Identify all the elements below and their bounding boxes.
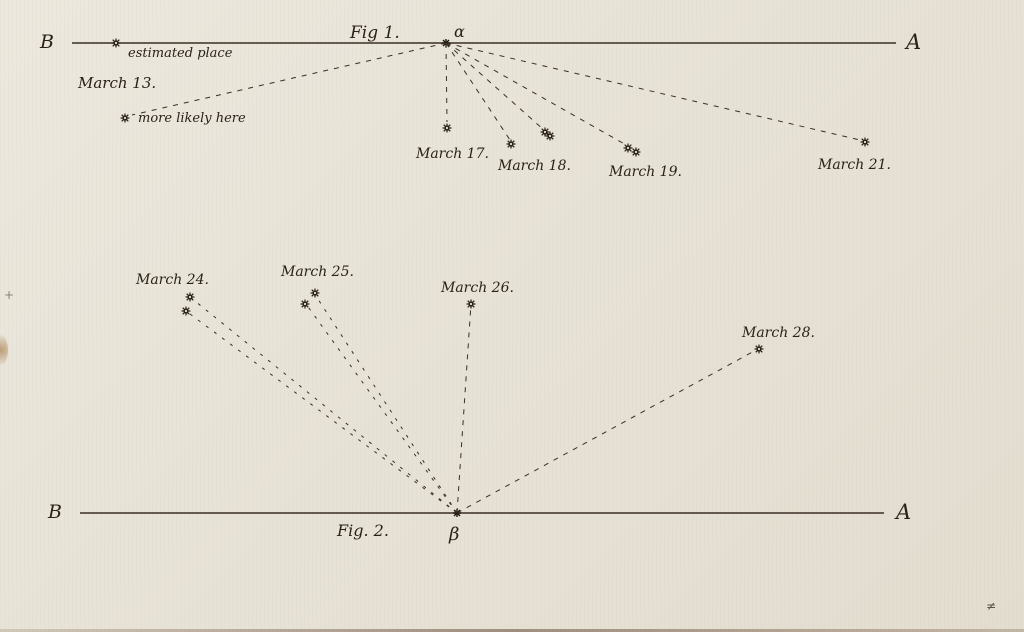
observation-label: March 28.: [741, 325, 815, 341]
star-icon: [467, 300, 476, 309]
observation-march26: March 26.: [440, 280, 514, 309]
figure-1: B A Fig 1. α estimated place March 13. m…: [39, 22, 921, 180]
star-icon: [182, 307, 191, 316]
estimated-place-star-icon: [112, 39, 121, 48]
observation-label: March 24.: [135, 272, 209, 288]
observation-label: March 26.: [440, 280, 514, 296]
star-icon: [546, 132, 555, 141]
observation-label: March 21.: [817, 157, 891, 173]
observation-march25: March 25.: [280, 264, 354, 309]
bottom-right-margin-mark: ≠: [986, 599, 996, 613]
diagram-canvas: B A Fig 1. α estimated place March 13. m…: [0, 0, 1024, 632]
ray-march25a: [314, 293, 457, 513]
star-icon: [186, 293, 195, 302]
observation-march24: March 24.: [135, 272, 209, 316]
more-likely-label: more likely here: [138, 111, 246, 126]
ray-march21: [446, 43, 860, 140]
ray-march19: [446, 43, 628, 146]
ray-march24b: [186, 311, 457, 513]
estimated-place-label: estimated place: [128, 46, 233, 61]
fig2-label-a: A: [894, 500, 911, 524]
star-icon: [632, 148, 641, 157]
figure-2: B A Fig. 2. β March 24. March 25.: [47, 264, 911, 545]
fig2-beta-label: β: [448, 524, 459, 545]
march13-label: March 13.: [77, 74, 156, 92]
star-icon: [301, 300, 310, 309]
star-icon: [311, 289, 320, 298]
ray-march18a: [446, 43, 510, 140]
observation-label: March 19.: [608, 164, 682, 180]
ray-march17: [446, 43, 447, 122]
fig1-label-b: B: [39, 31, 54, 53]
observation-label: March 25.: [280, 264, 354, 280]
ray-march28: [457, 349, 758, 513]
observation-label: March 18.: [497, 158, 571, 174]
fig2-title: Fig. 2.: [336, 521, 389, 540]
observation-march17: March 17.: [415, 124, 489, 163]
star-icon: [507, 140, 516, 149]
observation-march21: March 21.: [817, 138, 891, 174]
fig2-label-b: B: [47, 501, 62, 523]
observation-march19: March 19.: [608, 144, 682, 181]
observation-label: March 17.: [415, 146, 489, 162]
star-icon: [624, 144, 633, 153]
ray-march26: [457, 304, 471, 513]
fig1-label-a: A: [904, 30, 921, 54]
left-margin-mark: +: [4, 288, 14, 302]
star-icon: [755, 345, 764, 354]
fig1-title: Fig 1.: [349, 23, 400, 43]
star-icon: [443, 124, 452, 133]
star-icon: [861, 138, 870, 147]
ray-march25b: [306, 304, 457, 513]
observation-march28: March 28.: [741, 325, 815, 354]
manuscript-page: B A Fig 1. α estimated place March 13. m…: [0, 0, 1024, 632]
more-likely-star-icon: [121, 114, 130, 123]
fig1-alpha-label: α: [454, 22, 465, 41]
ray-march24a: [190, 297, 457, 513]
observation-march18: March 18.: [497, 128, 571, 175]
